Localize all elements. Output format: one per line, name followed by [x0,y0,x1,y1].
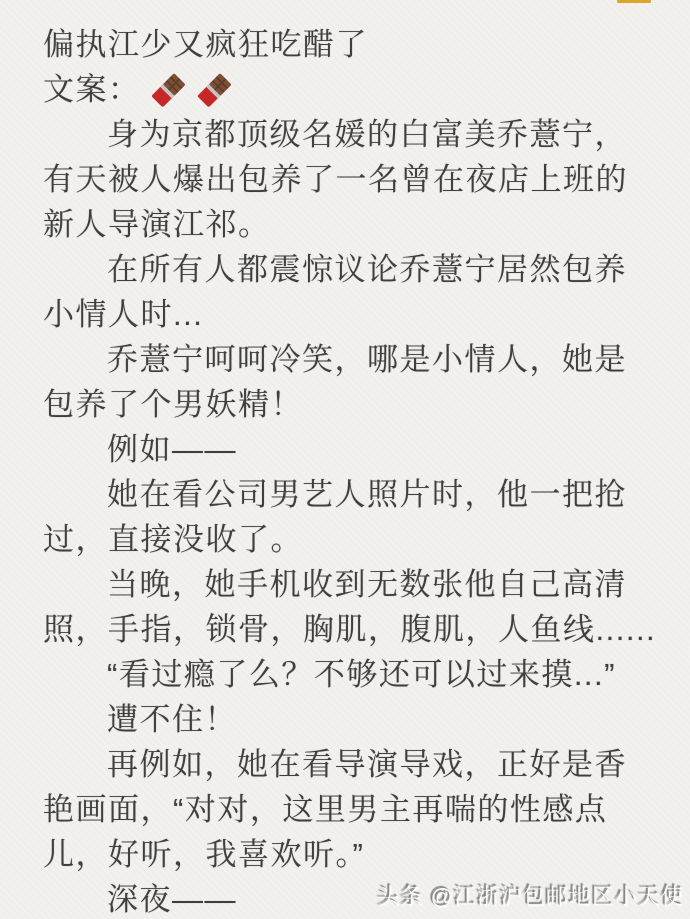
story-line: 艳画面，“对对，这里男主再喘的性感点 [0,787,690,832]
story-line: 儿，好听，我喜欢听。” [0,832,690,877]
chocolate-bar-icon [149,71,187,109]
caption-line: 文案： [0,67,690,112]
story-line: 身为京都顶级名媛的白富美乔薏宁， [0,112,690,157]
story-line: 新人导演江祁。 [0,202,690,247]
top-accent-bar [617,0,651,3]
story-line: 照，手指，锁骨，胸肌，腹肌，人鱼线...... [0,607,690,652]
caption-label: 文案： [43,67,141,112]
story-text: 偏执江少又疯狂吃醋了 文案： [0,22,690,919]
story-line: 乔薏宁呵呵冷笑，哪是小情人，她是 [0,337,690,382]
story-line: 在所有人都震惊议论乔薏宁居然包养 [0,247,690,292]
story-title: 偏执江少又疯狂吃醋了 [0,22,690,67]
note-page: 偏执江少又疯狂吃醋了 文案： [0,0,690,919]
watermark: 头条 @江浙沪包邮地区小天使 [378,880,684,911]
story-line: 包养了个男妖精！ [0,382,690,427]
story-line: 她在看公司男艺人照片时，他一把抢 [0,472,690,517]
story-line: “看过瘾了么？不够还可以过来摸...” [0,652,690,697]
story-line: 遭不住！ [0,697,690,742]
story-line: 小情人时... [0,292,690,337]
story-line: 当晚，她手机收到无数张他自己高清 [0,562,690,607]
story-line: 有天被人爆出包养了一名曾在夜店上班的 [0,157,690,202]
chocolate-bar-icon [195,71,233,109]
story-line: 再例如，她在看导演导戏，正好是香 [0,742,690,787]
story-line: 例如—— [0,427,690,472]
story-line: 过，直接没收了。 [0,517,690,562]
